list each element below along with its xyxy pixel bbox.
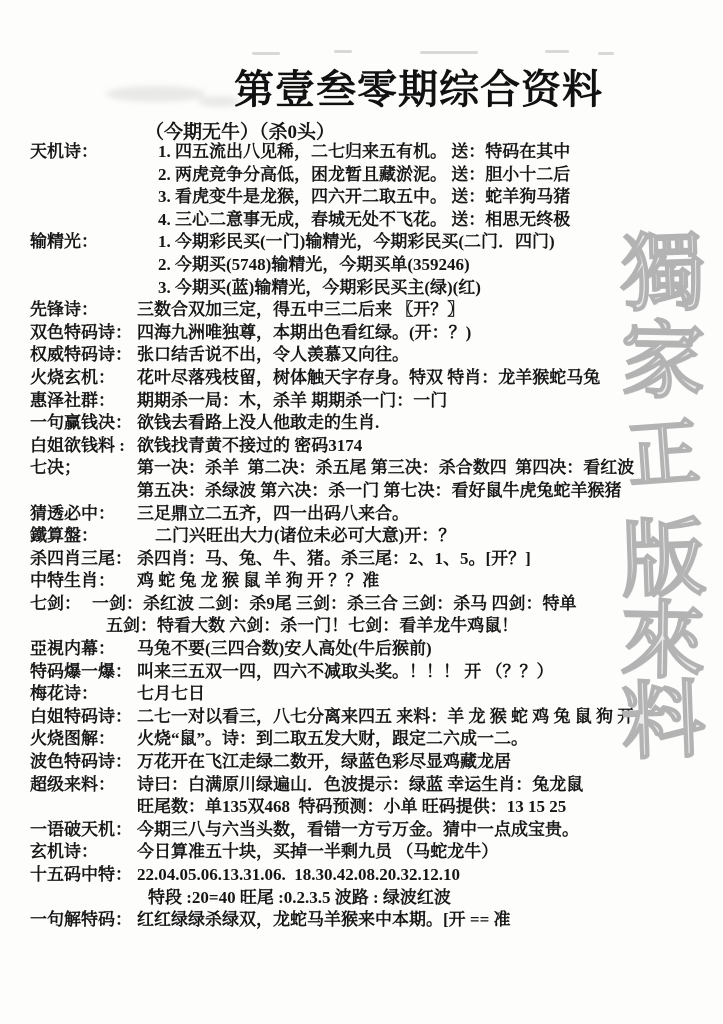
line-label: 亞視内幕： (30, 638, 137, 661)
scan-artifact (334, 50, 352, 53)
doc-line: 先锋诗：三数合双加三定，得五中三二后来 〖开？〗 (30, 299, 723, 322)
doc-line: 猜透必中：三足鼎立二五齐，四一出码八来合。 (30, 503, 723, 526)
line-label: 杀四肖三尾： (30, 548, 137, 571)
line-text: 今期三八与六当头数，看错一方亏万金。猜中一点成宝贵。 (137, 819, 579, 842)
doc-line: 2. 两虎竞争分高低，困龙暂且藏淤泥。 送：胆小十二后 (30, 164, 723, 187)
doc-line: 梅花诗：七月七日 (30, 683, 723, 706)
doc-line: 权威特码诗：张口结舌说不出，令人羡慕又向往。 (30, 344, 723, 367)
doc-line: 输精光：1. 今期彩民买(一门)输精光，今期彩民买(二门．四门) (30, 231, 723, 254)
line-label: 中特生肖： (30, 570, 137, 593)
doc-line: 亞視内幕：马兔不要(三四合数)安人高处(牛后猴前) (30, 638, 723, 661)
doc-line: 第五决：杀绿波 第六决：杀一门 第七决：看好鼠牛虎兔蛇羊猴猪 (30, 480, 723, 503)
line-text: 三足鼎立二五齐，四一出码八来合。 (137, 503, 409, 526)
line-label: 惠泽社群： (30, 390, 137, 413)
doc-line: 五剑：特看大数 六剑：杀一门！七剑：看羊龙牛鸡鼠！ (30, 615, 723, 638)
doc-line: 一句赢钱决：欲钱去看路上没人他敢走的生肖. (30, 412, 723, 435)
line-label: 输精光： (30, 231, 158, 254)
line-text: 第五决：杀绿波 第六决：杀一门 第七决：看好鼠牛虎兔蛇羊猴猪 (137, 480, 622, 503)
line-text: 特段 :20=40 旺尾 :0.2.3.5 波路 : 绿波红波 (148, 887, 451, 910)
doc-line: 火烧图解：火烧“鼠”。诗：到二取五发大财，跟定二六成一二。 (30, 728, 723, 751)
line-text: 张口结舌说不出，令人羡慕又向往。 (137, 344, 409, 367)
line-label: 梅花诗： (30, 683, 137, 706)
line-text: 2. 两虎竞争分高低，困龙暂且藏淤泥。 送：胆小十二后 (158, 164, 570, 187)
line-label: 猜透必中： (30, 503, 137, 526)
line-text: 第一决：杀羊 第二决：杀五尾 第三决：杀合数四 第四决：看红波 (137, 457, 634, 480)
line-label: 白姐欲钱料 : (30, 435, 137, 458)
line-text: 二七一对以看三，八七分离来四五 来料：羊 龙 猴 蛇 鸡 兔 鼠 狗 开 (137, 706, 634, 729)
line-text: 花叶尽落残枝留，树体触天字存身。特双 特肖：龙羊猴蛇马兔 (137, 367, 600, 390)
doc-line: 一句解特码：红红绿绿杀绿双，龙蛇马羊猴来中本期。[开 == 准 (30, 909, 723, 932)
line-text: 3. 今期买(蓝)输精光，今期彩民买主(绿)(红) (158, 277, 481, 300)
line-text: 2. 今期买(5748)输精光，今期买单(359246) (158, 254, 470, 277)
doc-line: 2. 今期买(5748)输精光，今期买单(359246) (30, 254, 723, 277)
doc-line: 特码爆一爆：叫来三五双一四，四六不减取头奖。！！！ 开 （？？） (30, 661, 723, 684)
line-label: 双色特码诗： (30, 322, 137, 345)
line-label: 一句赢钱决： (30, 412, 137, 435)
doc-line: 波色特码诗：万花开在飞江走绿二数开，绿蓝色彩尽显鸡藏龙居 (30, 751, 723, 774)
doc-line: 3. 今期买(蓝)输精光，今期彩民买主(绿)(红) (30, 277, 723, 300)
line-text: 红红绿绿杀绿双，龙蛇马羊猴来中本期。[开 == 准 (137, 909, 511, 932)
line-label: 波色特码诗： (30, 751, 137, 774)
line-text: 七月七日 (137, 683, 205, 706)
line-text: 叫来三五双一四，四六不减取头奖。！！！ 开 （？？） (137, 661, 554, 684)
doc-line: 鐵算盤：二门兴旺出大力(诸位未必可大意)开：？ (30, 525, 723, 548)
line-text: 杀四肖：马、兔、牛、猪。杀三尾：2、1、5。[开？] (137, 548, 531, 571)
line-text: 诗曰：白满原川绿遍山．色波提示：绿蓝 幸运生肖：兔龙鼠 (137, 774, 583, 797)
line-label: 鐵算盤： (30, 525, 155, 548)
line-label: 一语破天机： (30, 819, 137, 842)
line-text: 4. 三心二意事无成，春城无处不飞花。 送：相思无终极 (158, 209, 570, 232)
page-title: 第壹叁零期综合资料 (234, 58, 603, 115)
lottery-info-sheet: 第壹叁零期综合资料 （今期无牛）（杀0头） 天机诗：1. 四五流出八见稀，二七归… (0, 0, 723, 1024)
line-label: 特码爆一爆： (30, 661, 137, 684)
line-label: 先锋诗： (30, 299, 137, 322)
line-label: 天机诗： (30, 141, 158, 164)
line-text: 旺尾数：单135双468 特码预测：小单 旺码提供：13 15 25 (137, 796, 566, 819)
doc-line: 超级来料：诗曰：白满原川绿遍山．色波提示：绿蓝 幸运生肖：兔龙鼠 (30, 774, 723, 797)
doc-line: 3. 看虎变牛是龙猴，四六开二取五中。 送：蛇羊狗马猪 (30, 186, 723, 209)
line-label: 玄机诗： (30, 841, 137, 864)
line-text: 欲钱找青黄不接过的 密码3174 (137, 435, 362, 458)
line-text: 欲钱去看路上没人他敢走的生肖. (137, 412, 379, 435)
doc-line: 天机诗：1. 四五流出八见稀，二七归来五有机。 送：特码在其中 (30, 141, 723, 164)
line-text: 二门兴旺出大力(诸位未必可大意)开：？ (155, 525, 455, 548)
line-text: 火烧“鼠”。诗：到二取五发大财，跟定二六成一二。 (137, 728, 528, 751)
line-text: 3. 看虎变牛是龙猴，四六开二取五中。 送：蛇羊狗马猪 (158, 186, 570, 209)
page-subtitle: （今期无牛）（杀0头） (145, 117, 335, 144)
line-label: 七决； (30, 457, 137, 480)
line-label: 火烧玄机： (30, 367, 137, 390)
line-text: 1. 今期彩民买(一门)输精光，今期彩民买(二门．四门) (158, 231, 555, 254)
doc-line: 火烧玄机：花叶尽落残枝留，树体触天字存身。特双 特肖：龙羊猴蛇马兔 (30, 367, 723, 390)
scan-artifact (598, 52, 614, 55)
doc-line: 白姐特码诗：二七一对以看三，八七分离来四五 来料：羊 龙 猴 蛇 鸡 兔 鼠 狗… (30, 706, 723, 729)
doc-line: 特段 :20=40 旺尾 :0.2.3.5 波路 : 绿波红波 (30, 887, 723, 910)
line-label: 七剑： (30, 593, 92, 616)
doc-line: 杀四肖三尾：杀四肖：马、兔、牛、猪。杀三尾：2、1、5。[开？] (30, 548, 723, 571)
erased-text-smudge (106, 86, 206, 102)
doc-line: 七决；第一决：杀羊 第二决：杀五尾 第三决：杀合数四 第四决：看红波 (30, 457, 723, 480)
line-text: 万花开在飞江走绿二数开，绿蓝色彩尽显鸡藏龙居 (137, 751, 511, 774)
line-label: 白姐特码诗： (30, 706, 137, 729)
line-text: 马兔不要(三四合数)安人高处(牛后猴前) (137, 638, 432, 661)
doc-line: 一语破天机：今期三八与六当头数，看错一方亏万金。猜中一点成宝贵。 (30, 819, 723, 842)
line-text: 22.04.05.06.13.31.06. 18.30.42.08.20.32.… (137, 864, 460, 887)
doc-lines: 天机诗：1. 四五流出八见稀，二七归来五有机。 送：特码在其中2. 两虎竞争分高… (30, 141, 723, 932)
doc-line: 旺尾数：单135双468 特码预测：小单 旺码提供：13 15 25 (30, 796, 723, 819)
line-text: 五剑：特看大数 六剑：杀一门！七剑：看羊龙牛鸡鼠！ (106, 615, 518, 638)
scan-artifact (420, 51, 478, 54)
doc-line: 十五码中特：22.04.05.06.13.31.06. 18.30.42.08.… (30, 864, 723, 887)
line-label: 超级来料： (30, 774, 137, 797)
line-label: 十五码中特： (30, 864, 137, 887)
line-label: 一句解特码： (30, 909, 137, 932)
line-text: 1. 四五流出八见稀，二七归来五有机。 送：特码在其中 (158, 141, 570, 164)
scan-artifact (252, 52, 280, 55)
line-label: 火烧图解： (30, 728, 137, 751)
doc-line: 玄机诗：今日算准五十块，买掉一半剩九员 （马蛇龙牛） (30, 841, 723, 864)
doc-line: 双色特码诗：四海九洲唯独尊，本期出色看红绿。(开：？) (30, 322, 723, 345)
line-text: 鸡 蛇 兔 龙 猴 鼠 羊 狗 开 ？？准 (137, 570, 379, 593)
line-text: 三数合双加三定，得五中三二后来 〖开？〗 (137, 299, 464, 322)
doc-line: 七剑：一剑：杀红波 二剑：杀9尾 三剑：杀三合 三剑：杀马 四剑：特单 (30, 593, 723, 616)
line-label: 权威特码诗： (30, 344, 137, 367)
scan-artifact (545, 50, 569, 53)
doc-line: 中特生肖：鸡 蛇 兔 龙 猴 鼠 羊 狗 开 ？？准 (30, 570, 723, 593)
doc-line: 惠泽社群：期期杀一局：木，杀羊 期期杀一门：一门 (30, 390, 723, 413)
line-text: 四海九洲唯独尊，本期出色看红绿。(开：？) (137, 322, 471, 345)
line-text: 今日算准五十块，买掉一半剩九员 （马蛇龙牛） (137, 841, 498, 864)
line-text: 一剑：杀红波 二剑：杀9尾 三剑：杀三合 三剑：杀马 四剑：特单 (92, 593, 577, 616)
doc-line: 白姐欲钱料 :欲钱找青黄不接过的 密码3174 (30, 435, 723, 458)
doc-line: 4. 三心二意事无成，春城无处不飞花。 送：相思无终极 (30, 209, 723, 232)
line-text: 期期杀一局：木，杀羊 期期杀一门：一门 (137, 390, 447, 413)
